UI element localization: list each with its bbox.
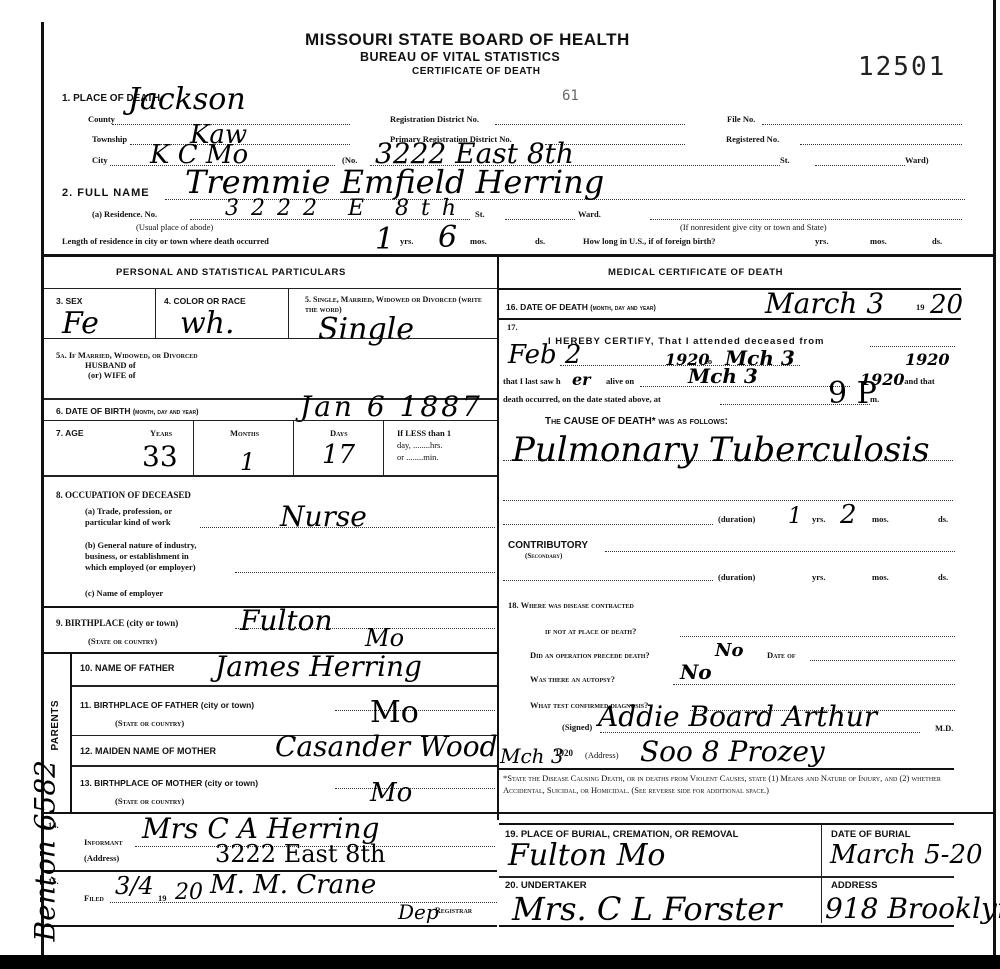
sex-race-divider: [155, 288, 156, 338]
father-birth-state-label: (State or country): [115, 718, 184, 728]
occ-c-label: (c) Name of employer: [85, 588, 163, 598]
informant-address-label: (Address): [84, 853, 119, 863]
nonresident-note: (If nonresident give city or town and St…: [680, 222, 827, 232]
occ-b-label-1: (b) General nature of industry,: [85, 540, 197, 550]
sex-value[interactable]: Fe: [62, 306, 99, 341]
cause-value[interactable]: Pulmonary Tuberculosis: [512, 430, 930, 470]
footnote: *State the Disease Causing Death, or in …: [503, 772, 953, 796]
last-saw-label: that I last saw h: [503, 376, 561, 386]
residence-ward-label: Ward.: [578, 209, 601, 219]
contributory-line: [605, 551, 955, 552]
burial-top-line: [499, 823, 954, 825]
signed-label: (Signed): [562, 722, 592, 732]
autopsy-label: Was there an autopsy?: [530, 674, 615, 684]
age-months-value[interactable]: 1: [240, 448, 255, 476]
undertaker-address-value[interactable]: 918 Brooklyn: [825, 892, 1000, 925]
dod-label-text: 16. DATE OF DEATH: [506, 302, 588, 312]
days-label: Days: [330, 428, 348, 438]
certificate-number: 12501: [858, 52, 946, 82]
less-than-label-3: or ........min.: [397, 452, 439, 462]
race-marital-divider: [288, 288, 289, 338]
spouse-label-2: HUSBAND of: [85, 360, 136, 370]
birthplace-state-value[interactable]: Mo: [365, 624, 404, 652]
us-ds-label: ds.: [932, 236, 942, 246]
duration-yrs-value[interactable]: 1: [788, 504, 802, 529]
residence-ward-line: [505, 219, 575, 220]
father-label: 10. NAME OF FATHER: [80, 663, 174, 673]
medical-section-title: MEDICAL CERTIFICATE OF DEATH: [608, 267, 783, 278]
row15-underline: [44, 925, 497, 927]
spouse-label-3: (or) WIFE of: [88, 370, 136, 380]
age-years-value[interactable]: 33: [142, 440, 178, 473]
less-than-label-1: If LESS than 1: [397, 428, 451, 438]
operation-label: Did an operation precede death?: [530, 650, 650, 660]
duration-mos-value[interactable]: 2: [840, 500, 857, 530]
full-name-label: 2. FULL NAME: [62, 187, 150, 199]
length-residence-label: Length of residence in city or town wher…: [62, 236, 269, 246]
ward-label: Ward): [905, 155, 929, 165]
burial-date-label: DATE OF BURIAL: [831, 829, 911, 840]
race-label: 4. COLOR OR RACE: [164, 296, 246, 306]
county-value[interactable]: Jackson: [128, 82, 246, 117]
contributory-label: CONTRIBUTORY: [508, 540, 588, 551]
mother-birth-value[interactable]: Mo: [370, 778, 412, 808]
undertaker-underline: [499, 925, 954, 927]
registered-no-label: Registered No.: [726, 134, 779, 144]
address-underline: [499, 768, 954, 770]
months-days-divider: [293, 420, 294, 475]
duration-label-1: (duration): [718, 514, 755, 524]
personal-section-title: PERSONAL AND STATISTICAL PARTICULARS: [116, 267, 346, 278]
length-mos-label: mos.: [470, 236, 487, 246]
age-days-value[interactable]: 17: [322, 440, 355, 470]
duration-ds-label-2: ds.: [938, 572, 948, 582]
mother-birth-label: 13. BIRTHPLACE OF MOTHER (city or town): [80, 778, 258, 788]
burial-value[interactable]: Fulton Mo: [508, 838, 666, 873]
township-label: Township: [92, 134, 127, 144]
cause-label: The CAUSE OF DEATH* was as follows:: [545, 416, 728, 427]
reg-district-line: [495, 124, 685, 125]
cert-num: 17.: [507, 322, 518, 332]
medical-title-underline: [499, 288, 961, 290]
not-at-place-line: [680, 636, 955, 637]
medical-address-value[interactable]: Soo 8 Prozey: [640, 735, 825, 768]
stamp-small: 61: [562, 88, 579, 104]
personal-title-underline: [44, 288, 497, 289]
last-saw-suffix[interactable]: er: [572, 370, 591, 389]
duration-line-1: [503, 524, 713, 525]
dob-value[interactable]: Jan 6 1887: [300, 390, 483, 423]
registrar-label: Registrar: [435, 906, 472, 915]
father-value[interactable]: James Herring: [215, 650, 422, 683]
residence-st-label: St.: [475, 209, 485, 219]
date-of-line: [810, 660, 955, 661]
row3-underline: [44, 338, 497, 339]
cause-line-2: [503, 500, 953, 501]
county-label: County: [88, 114, 115, 124]
dod-label: 16. DATE OF DEATH (month, day and year): [506, 302, 656, 312]
sex-label: 3. SEX: [56, 296, 82, 306]
file-no-line: [762, 124, 962, 125]
right-border: [993, 0, 996, 969]
months-label: Months: [230, 428, 259, 438]
burial-row-underline: [499, 876, 954, 878]
md-label: M.D.: [935, 723, 953, 733]
length-mos-value[interactable]: 6: [438, 220, 457, 255]
margin-annotation: Benton 6582: [29, 682, 62, 942]
autopsy-value[interactable]: No: [680, 660, 712, 684]
signed-value[interactable]: Addie Board Arthur: [598, 700, 877, 733]
us-yrs-label: yrs.: [815, 236, 828, 246]
occ-a-label-2: particular kind of work: [85, 517, 171, 527]
filed-label: Filed: [84, 893, 104, 903]
mother-label: 12. MAIDEN NAME OF MOTHER: [80, 746, 216, 756]
document-title: MISSOURI STATE BOARD OF HEALTH: [305, 30, 630, 50]
length-ds-label: ds.: [535, 236, 545, 246]
and-that-label: , and that: [900, 376, 935, 386]
occ-b-label-3: which employed (or employer): [85, 562, 196, 572]
residence-value[interactable]: 3222 E 8th: [225, 196, 468, 221]
birthplace-value[interactable]: Fulton: [240, 604, 333, 637]
contributory-sub-label: (Secondary): [525, 552, 562, 560]
contracted-label: 18. Where was disease contracted: [508, 600, 634, 610]
registered-no-line: [800, 144, 962, 145]
marital-value[interactable]: Single: [318, 312, 414, 347]
duration-label-2: (duration): [718, 572, 755, 582]
signed-year[interactable]: 1920: [555, 748, 573, 758]
nonresident-line: [650, 219, 962, 220]
attended-to-year[interactable]: 1920: [905, 350, 950, 369]
dob-label-text: 6. DATE OF BIRTH: [56, 406, 130, 416]
how-long-us-label: How long in U.S., if of foreign birth?: [583, 236, 716, 246]
certificate-subtitle: CERTIFICATE OF DEATH: [412, 66, 541, 77]
file-no-label: File No.: [727, 114, 755, 124]
occ-b-line: [235, 572, 495, 573]
date-of-label: Date of: [767, 650, 796, 660]
duration-yrs-label-2: yrs.: [812, 572, 825, 582]
duration-mos-label-1: mos.: [872, 514, 889, 524]
burial-date-value[interactable]: March 5-20: [830, 840, 983, 870]
race-value[interactable]: wh.: [180, 306, 235, 341]
informant-address-value[interactable]: 3222 East 8th: [215, 840, 386, 868]
dod-value[interactable]: March 3: [765, 287, 884, 320]
dod-year-prefix: 19: [916, 302, 925, 312]
years-label: Years: [150, 428, 172, 438]
occ-b-label-2: business, or establishment in: [85, 551, 189, 561]
occupation-label: 8. OCCUPATION OF DECEASED: [56, 490, 191, 500]
registrar-value[interactable]: M. M. Crane: [210, 870, 376, 900]
ward-line: [815, 165, 905, 166]
age-label: 7. AGE: [56, 428, 84, 438]
duration-line-2: [503, 580, 713, 581]
bottom-border: [0, 955, 1000, 969]
duration-mos-label-2: mos.: [872, 572, 889, 582]
birthplace-label: 9. BIRTHPLACE (city or town): [56, 618, 178, 628]
spouse-label-1: 5a. If Married, Widowed, or Divorced: [56, 350, 198, 360]
registrar-deputy[interactable]: Dep: [398, 900, 439, 924]
reg-district-label: Registration District No.: [390, 114, 479, 124]
row12-underline: [72, 765, 497, 767]
medical-address-label: (Address): [585, 750, 619, 760]
dod-sub-label: (month, day and year): [590, 305, 656, 312]
father-birth-value[interactable]: Mo: [370, 695, 419, 730]
filed-year-value[interactable]: 20: [175, 880, 203, 905]
informant-label: Informant: [84, 837, 123, 847]
years-months-divider: [193, 420, 194, 475]
length-yrs-value[interactable]: 1: [375, 222, 394, 257]
alive-on-value[interactable]: Mch 3: [688, 364, 758, 388]
row6-underline: [44, 420, 497, 421]
death-occurred-label: death occurred, on the date stated above…: [503, 394, 661, 404]
days-less-divider: [383, 420, 384, 475]
row7-underline: [44, 475, 497, 477]
operation-value[interactable]: No: [715, 640, 743, 661]
time-suffix: m.: [870, 394, 879, 404]
occ-a-value[interactable]: Nurse: [280, 500, 367, 533]
autopsy-line: [673, 684, 955, 685]
header-divider: [44, 254, 994, 257]
filed-year-prefix: 19: [158, 893, 167, 903]
birthplace-state-label: (State or country): [88, 636, 157, 646]
dod-year-value[interactable]: 20: [930, 290, 963, 320]
mother-value[interactable]: Casander Wood: [275, 730, 498, 763]
length-yrs-label: yrs.: [400, 236, 413, 246]
parents-divider: [70, 652, 72, 812]
occ-a-label-1: (a) Trade, profession, or: [85, 506, 172, 516]
duration-ds-label-1: ds.: [938, 514, 948, 524]
row10-underline: [72, 685, 497, 687]
dob-label: 6. DATE OF BIRTH (month, day and year): [56, 406, 198, 416]
street-st-label: St.: [780, 155, 790, 165]
duration-yrs-label-1: yrs.: [812, 514, 825, 524]
usual-abode-note: (Usual place of abode): [136, 222, 213, 232]
filed-date-value[interactable]: 3/4: [115, 872, 154, 900]
attended-from-line: [870, 346, 955, 347]
bureau-title: BUREAU OF VITAL STATISTICS: [360, 50, 560, 64]
not-at-place-label: if not at place of death?: [545, 626, 636, 636]
undertaker-value[interactable]: Mrs. C L Forster: [512, 890, 781, 928]
father-birth-label: 11. BIRTHPLACE OF FATHER (city or town): [80, 700, 254, 710]
burial-date-divider: [821, 823, 822, 923]
us-mos-label: mos.: [870, 236, 887, 246]
dob-sub-label: (month, day and year): [133, 409, 199, 416]
undertaker-address-label: ADDRESS: [831, 880, 877, 891]
residence-label: (a) Residence. No.: [92, 209, 157, 219]
dod-underline: [499, 318, 961, 320]
mother-birth-line: [335, 788, 495, 789]
less-than-label-2: day, ........hrs.: [397, 440, 442, 450]
city-label: City: [92, 155, 108, 165]
alive-on-label: alive on: [606, 376, 634, 386]
mother-birth-state-label: (State or country): [115, 796, 184, 806]
